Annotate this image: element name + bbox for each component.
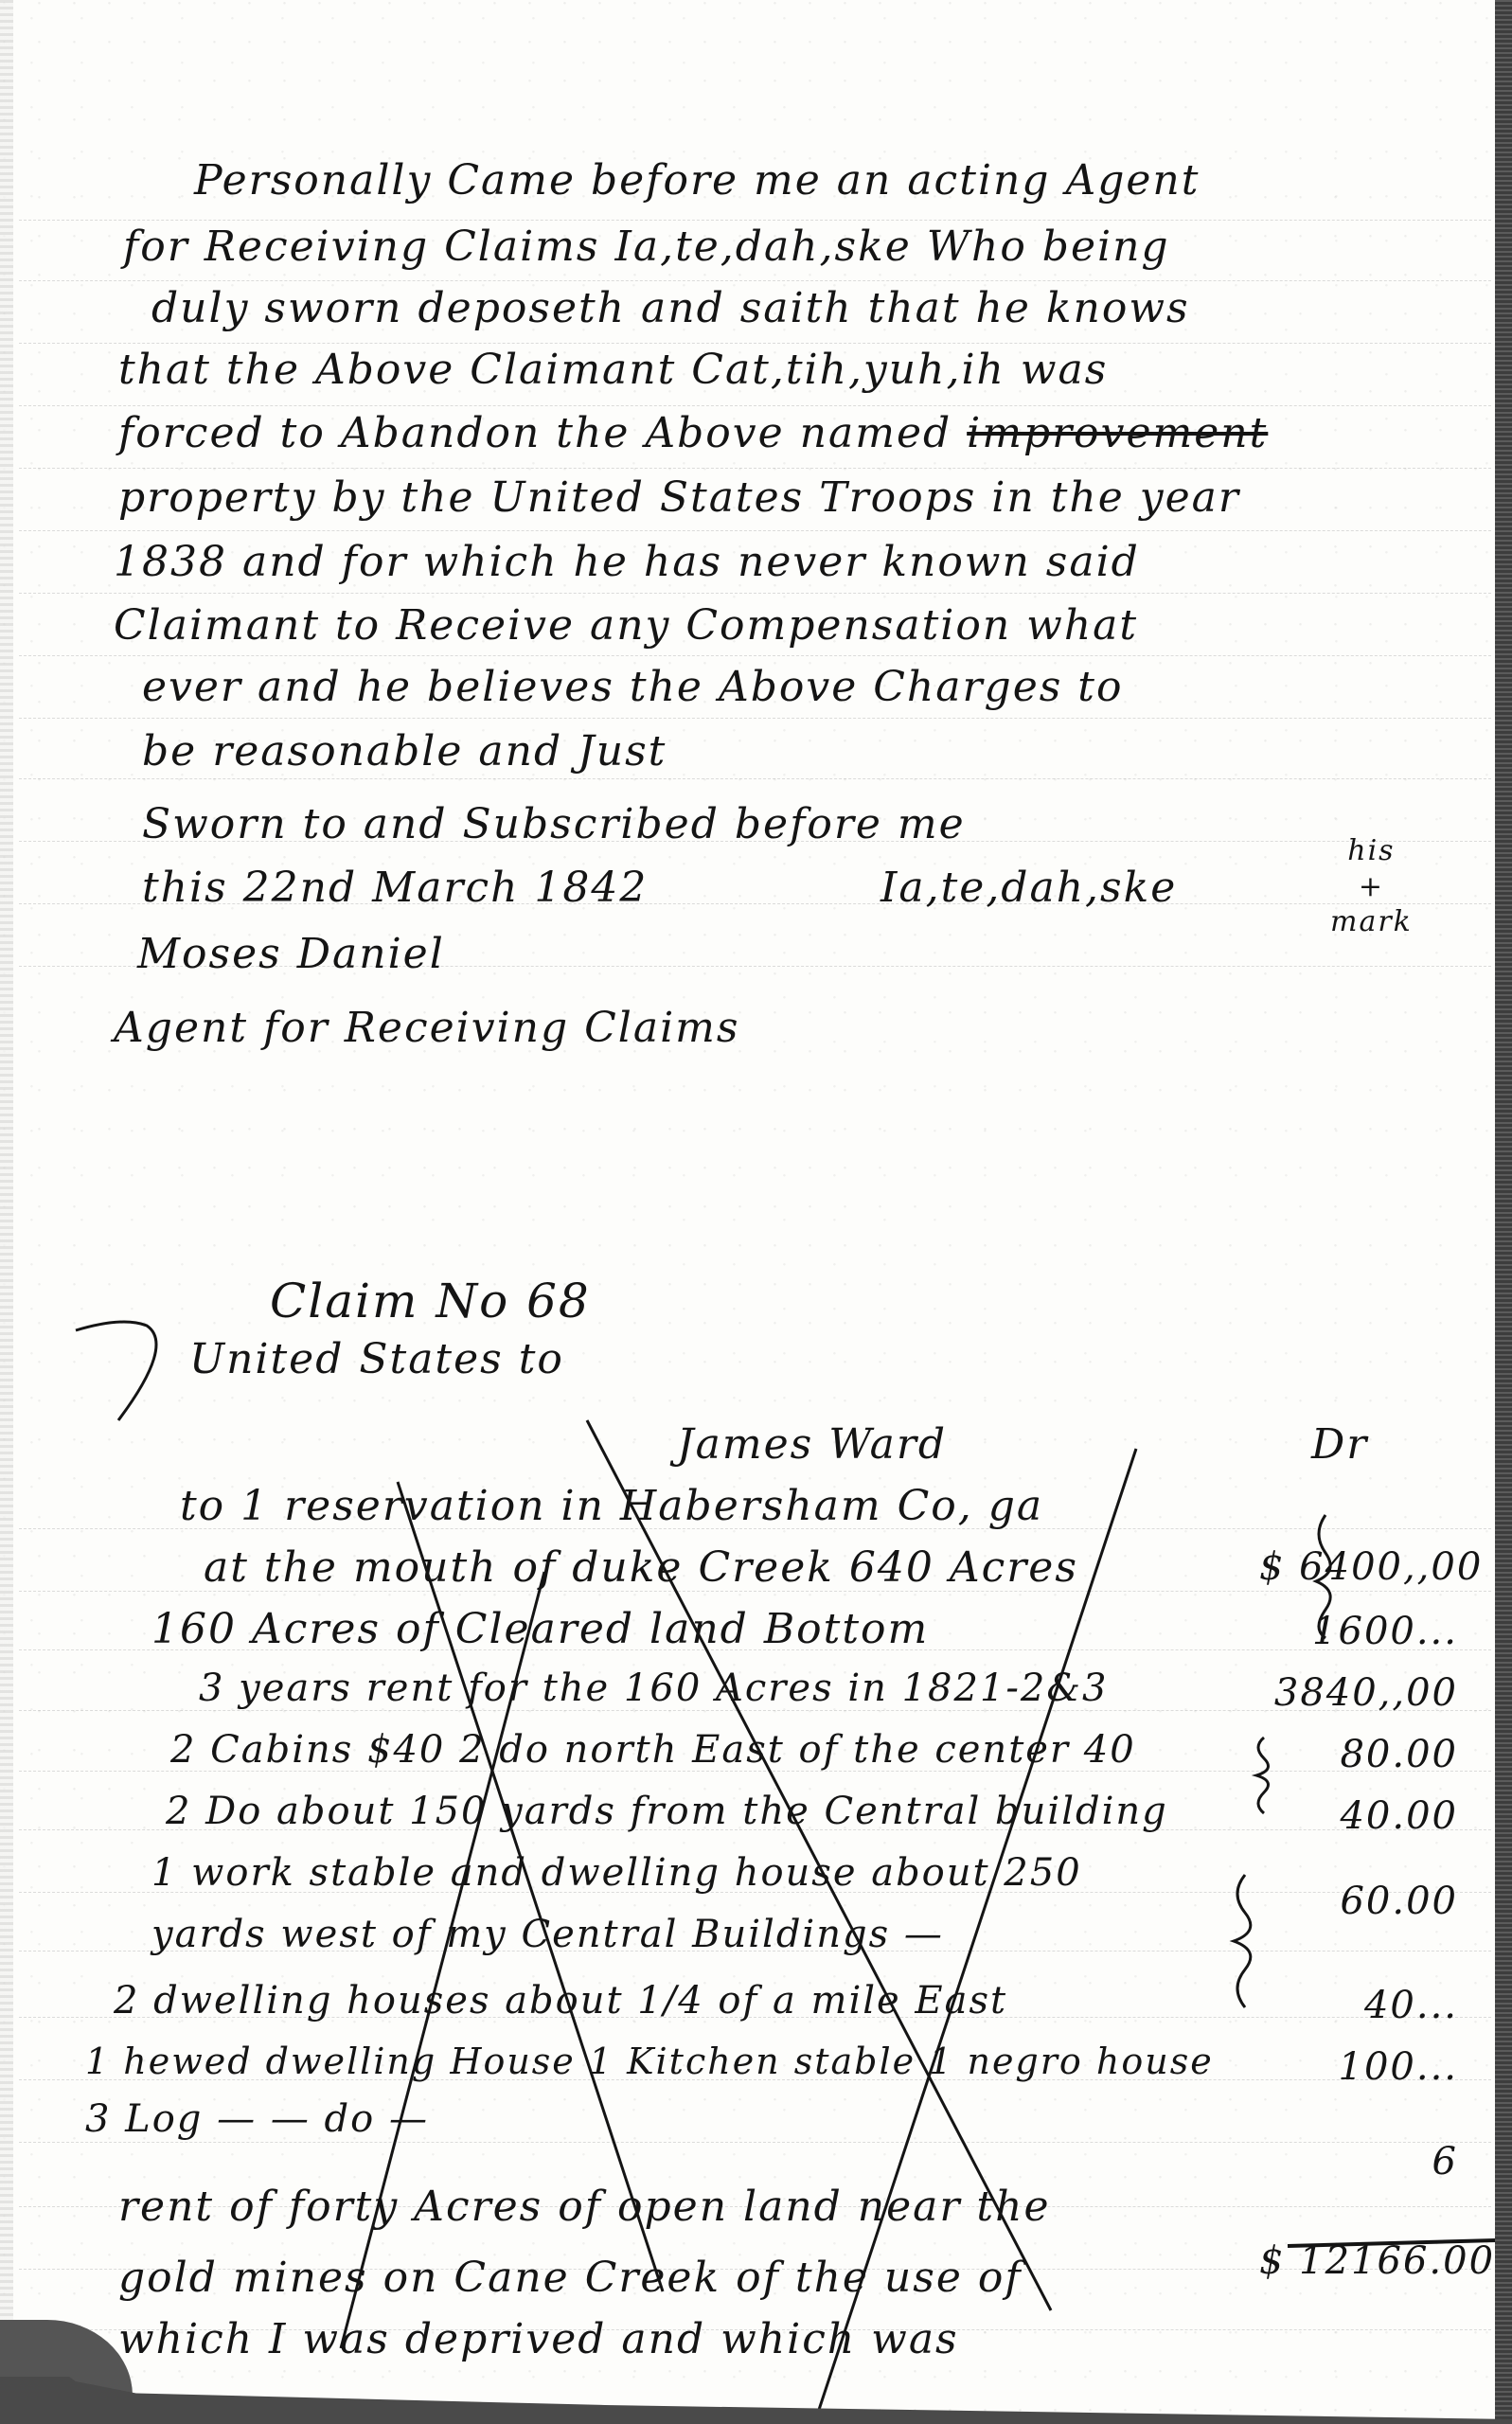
deposition-line: for Receiving Claims Ia,te,dah,ske Who b… xyxy=(123,223,1170,271)
deposition-line: ever and he believes the Above Charges t… xyxy=(142,663,1123,711)
claim-title: Claim No 68 xyxy=(270,1274,591,1328)
deposition-line-text: forced to Abandon the Above named xyxy=(118,409,952,457)
claim-item: 1 work stable and dwelling house about 2… xyxy=(151,1851,1082,1895)
claim-item: to 1 reservation in Habersham Co, ga xyxy=(180,1482,1043,1530)
claim-amount: 1600... xyxy=(1259,1610,1458,1653)
claim-item: at the mouth of duke Creek 640 Acres xyxy=(204,1543,1078,1592)
scan-border-right xyxy=(1495,0,1512,2424)
brace-icon xyxy=(1234,1875,1251,2007)
jurat-line: Sworn to and Subscribed before me xyxy=(142,800,966,848)
deposition-line: that the Above Claimant Cat,tih,yuh,ih w… xyxy=(118,346,1108,394)
claim-item: 1 hewed dwelling House 1 Kitchen stable … xyxy=(85,2041,1214,2082)
official-name: Moses Daniel xyxy=(137,930,445,978)
ruled-line xyxy=(19,280,1491,281)
deposition-line: duly sworn deposeth and saith that he kn… xyxy=(151,284,1190,332)
claim-item: 2 dwelling houses about 1/4 of a mile Ea… xyxy=(114,1979,1007,2023)
struck-word: improvement xyxy=(967,409,1268,457)
mark-cross-icon: + xyxy=(1330,869,1413,905)
deposition-line: forced to Abandon the Above named improv… xyxy=(118,409,1268,457)
claim-item: 3 years rent for the 160 Acres in 1821-2… xyxy=(199,1666,1108,1710)
deposition-line: 1838 and for which he has never known sa… xyxy=(114,538,1140,586)
claim-amount: 40... xyxy=(1259,1984,1458,2027)
ruled-line xyxy=(19,655,1491,656)
signature-mark: his + mark xyxy=(1330,833,1413,940)
claim-item: 160 Acres of Cleared land Bottom xyxy=(151,1605,929,1653)
claim-total: $ 12166.00 xyxy=(1259,2239,1486,2283)
claim-creditor: James Ward xyxy=(677,1420,947,1469)
claim-amount: 3840,,00 xyxy=(1259,1671,1458,1715)
ruled-line xyxy=(19,718,1491,719)
ruled-line xyxy=(19,220,1491,221)
mark-his: his xyxy=(1330,833,1413,869)
claim-item: 2 Do about 150 yards from the Central bu… xyxy=(166,1790,1168,1833)
deposition-line: Personally Came before me an acting Agen… xyxy=(194,156,1200,205)
claim-item: 3 Log — — do — xyxy=(85,2097,429,2141)
claim-amount: 100... xyxy=(1259,2045,1458,2089)
deposition-line: Claimant to Receive any Compensation wha… xyxy=(114,601,1138,650)
claim-item: rent of forty Acres of open land near th… xyxy=(118,2183,1051,2231)
deposition-line: property by the United States Troops in … xyxy=(118,473,1240,522)
deponent-name: Ia,te,dah,ske xyxy=(881,864,1177,912)
jurat-date: this 22nd March 1842 xyxy=(142,864,648,912)
claim-amount: $ 6400,,00 xyxy=(1259,1545,1458,1589)
ruled-line xyxy=(19,593,1491,594)
dr-label: Dr xyxy=(1311,1420,1368,1469)
deposition-line: be reasonable and Just xyxy=(142,727,667,775)
claim-debtor: United States to xyxy=(189,1335,564,1383)
ruled-line xyxy=(19,778,1491,779)
ruled-line xyxy=(19,530,1491,531)
claim-item: gold mines on Cane Creek of the use of xyxy=(118,2254,1023,2302)
claim-item: which I was deprived and which was xyxy=(118,2315,959,2363)
ruled-line xyxy=(19,468,1491,469)
claim-amount: 80.00 xyxy=(1259,1733,1458,1776)
ruled-line xyxy=(19,343,1491,344)
flourish-icon xyxy=(76,1322,156,1420)
mark-label: mark xyxy=(1330,904,1413,940)
claim-amount: 60.00 xyxy=(1259,1880,1458,1923)
claim-amount: 6 xyxy=(1259,2140,1458,2183)
document-page: Personally Came before me an acting Agen… xyxy=(0,0,1496,2424)
claim-item: 2 Cabins $40 2 do north East of the cent… xyxy=(170,1728,1136,1772)
claim-amount: 40.00 xyxy=(1259,1794,1458,1838)
claim-item: yards west of my Central Buildings — xyxy=(151,1913,944,1956)
page-left-edge xyxy=(0,0,13,2424)
official-title: Agent for Receiving Claims xyxy=(114,1004,739,1052)
ruled-line xyxy=(19,405,1491,406)
